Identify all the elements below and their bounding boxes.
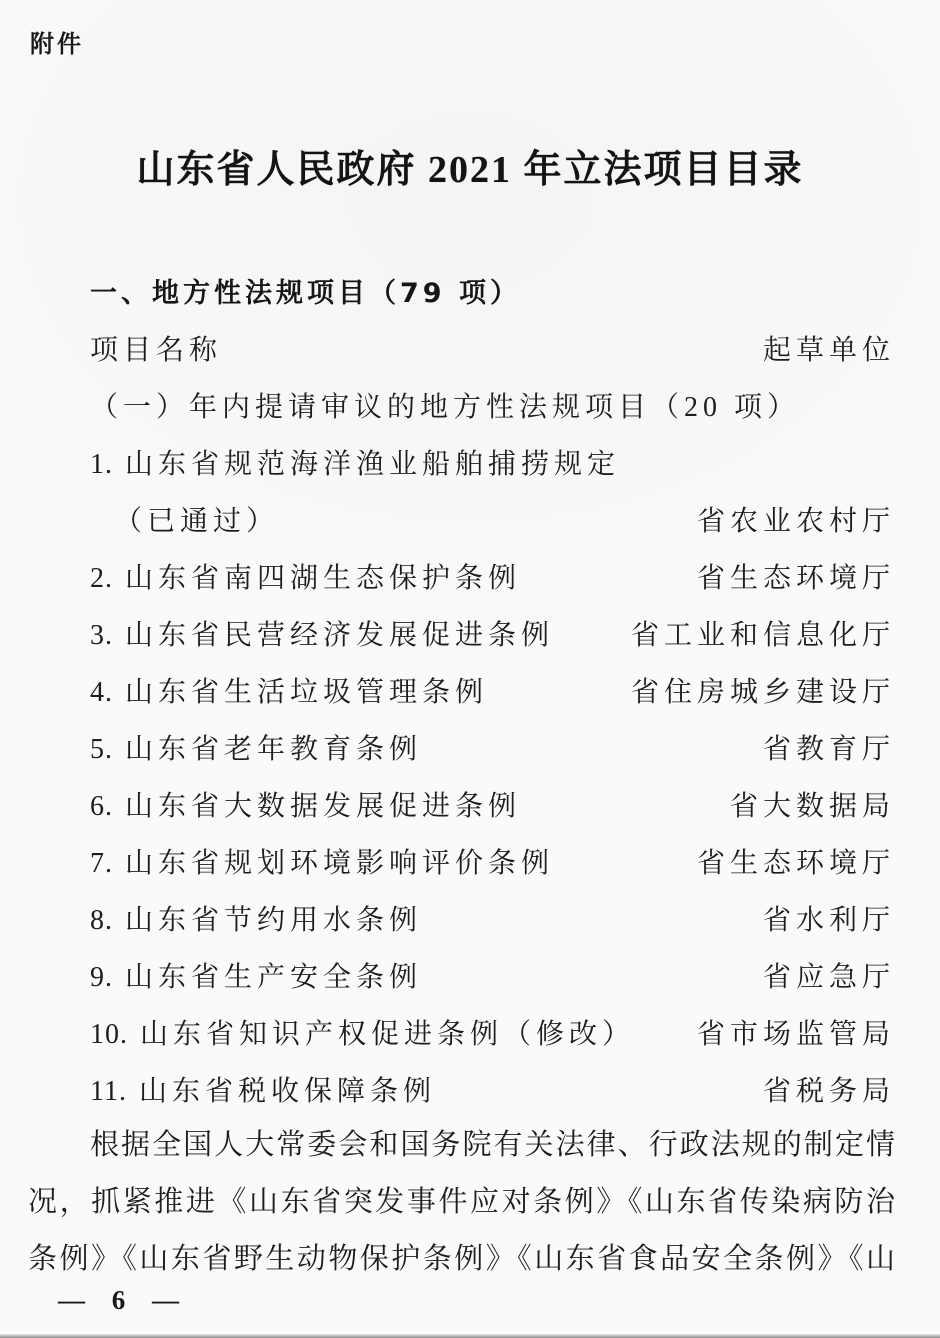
- item-drafting-unit: 省税务局: [763, 1069, 895, 1109]
- scan-bottom-edge: [0, 1334, 940, 1338]
- item-drafting-unit: 省大数据局: [730, 784, 895, 824]
- item-drafting-unit: 省生态环境厅: [697, 556, 895, 596]
- catalog-item-row: 7. 山东省规划环境影响评价条例 省生态环境厅: [0, 832, 940, 889]
- item-drafting-unit: 省教育厅: [763, 727, 895, 767]
- item-number: 8.: [90, 905, 113, 937]
- catalog-item-row: 11. 山东省税收保障条例 省税务局: [0, 1060, 940, 1117]
- item-name: 山东省大数据发展促进条例: [125, 784, 521, 824]
- attachment-label: 附件: [30, 24, 84, 59]
- item-drafting-unit: 省工业和信息化厅: [631, 613, 895, 653]
- item-drafting-unit: 省农业农村厅: [697, 499, 895, 539]
- subsection-heading: （一）年内提请审议的地方性法规项目（20 项）: [0, 376, 940, 433]
- catalog-item-row: 9. 山东省生产安全条例 省应急厅: [0, 946, 940, 1003]
- item-number: 2.: [90, 563, 113, 595]
- item-name: 山东省规划环境影响评价条例: [125, 841, 554, 881]
- item-drafting-unit: 省住房城乡建设厅: [631, 670, 895, 710]
- catalog-item-row: 2. 山东省南四湖生态保护条例 省生态环境厅: [0, 547, 940, 604]
- item-drafting-unit: 省应急厅: [763, 955, 895, 995]
- item-name: 山东省南四湖生态保护条例: [125, 556, 521, 596]
- catalog-item-row: 10. 山东省知识产权促进条例（修改） 省市场监管局: [0, 1003, 940, 1060]
- catalog-item-row: （已通过） 省农业农村厅: [0, 490, 940, 547]
- item-number: 10.: [90, 1019, 128, 1051]
- catalog-item-row: 5. 山东省老年教育条例 省教育厅: [0, 718, 940, 775]
- document-page: 附件 山东省人民政府 2021 年立法项目目录 一、地方性法规项目（79 项） …: [0, 0, 940, 1338]
- item-number: 11.: [90, 1076, 127, 1108]
- closing-paragraph-line: 条例》《山东省野生动物保护条例》《山东省食品安全条例》《山: [0, 1231, 940, 1288]
- item-number: 7.: [90, 848, 113, 880]
- item-number: 6.: [90, 791, 113, 823]
- item-number: 3.: [90, 620, 113, 652]
- catalog-item-row: 6. 山东省大数据发展促进条例 省大数据局: [0, 775, 940, 832]
- catalog-item-row: 8. 山东省节约用水条例 省水利厅: [0, 889, 940, 946]
- catalog-item-row: 3. 山东省民营经济发展促进条例 省工业和信息化厅: [0, 604, 940, 661]
- catalog-content: 一、地方性法规项目（79 项） 项目名称 起草单位 （一）年内提请审议的地方性法…: [0, 262, 940, 1288]
- item-name: 山东省民营经济发展促进条例: [125, 613, 554, 653]
- section-heading: 一、地方性法规项目（79 项）: [0, 262, 940, 319]
- item-name: 山东省节约用水条例: [125, 898, 422, 938]
- item-number: 5.: [90, 734, 113, 766]
- item-number: 1.: [90, 449, 113, 481]
- item-name: 山东省税收保障条例: [139, 1069, 436, 1109]
- item-name: 山东省生产安全条例: [125, 955, 422, 995]
- table-header-row: 项目名称 起草单位: [0, 319, 940, 376]
- closing-paragraph-line: 况，抓紧推进《山东省突发事件应对条例》《山东省传染病防治: [0, 1174, 940, 1231]
- item-name: 山东省规范海洋渔业船舶捕捞规定: [125, 442, 620, 482]
- item-number: 9.: [90, 962, 113, 994]
- column-header-drafting-unit: 起草单位: [763, 328, 895, 368]
- column-header-project-name: 项目名称: [90, 328, 222, 368]
- catalog-item-row: 1. 山东省规范海洋渔业船舶捕捞规定: [0, 433, 940, 490]
- item-drafting-unit: 省水利厅: [763, 898, 895, 938]
- item-name: 山东省知识产权促进条例（修改）: [140, 1012, 635, 1052]
- document-title: 山东省人民政府 2021 年立法项目目录: [0, 138, 940, 193]
- item-name: 山东省老年教育条例: [125, 727, 422, 767]
- item-number: 4.: [90, 677, 113, 709]
- closing-paragraph-line: 根据全国人大常委会和国务院有关法律、行政法规的制定情: [0, 1117, 940, 1174]
- item-name: （已通过）: [114, 499, 279, 539]
- page-number: — 6 —: [58, 1285, 189, 1316]
- catalog-item-row: 4. 山东省生活垃圾管理条例 省住房城乡建设厅: [0, 661, 940, 718]
- item-name: 山东省生活垃圾管理条例: [125, 670, 488, 710]
- item-drafting-unit: 省生态环境厅: [697, 841, 895, 881]
- item-drafting-unit: 省市场监管局: [697, 1012, 895, 1052]
